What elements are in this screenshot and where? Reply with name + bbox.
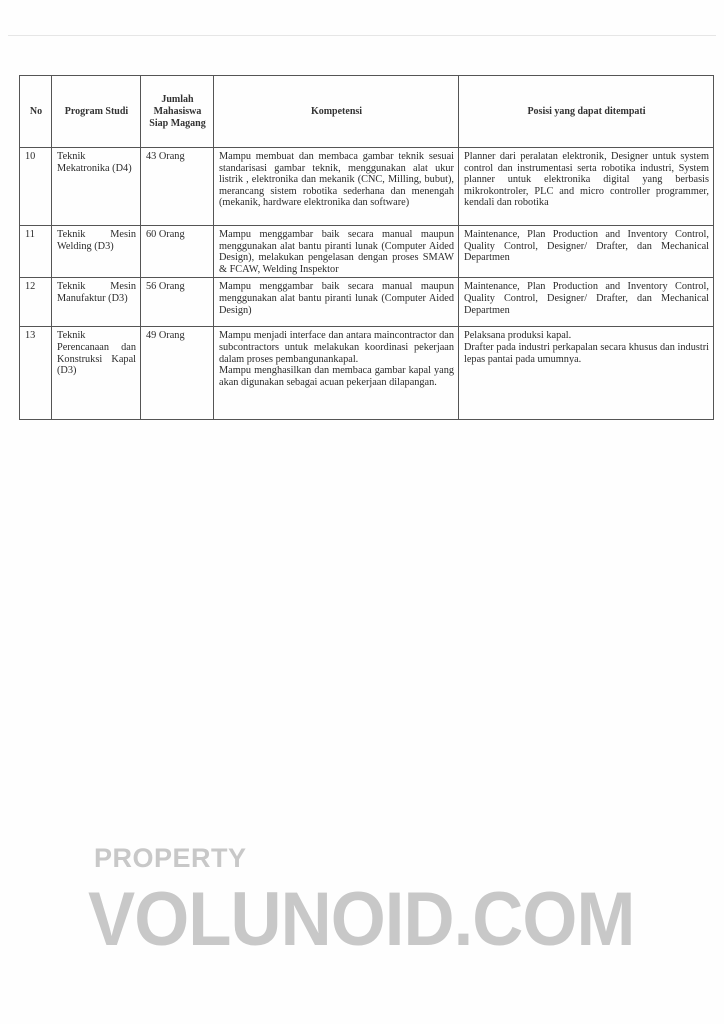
kompetensi-paragraph: Mampu menggambar baik secara manual maup… xyxy=(219,281,454,316)
cell-program-studi: Teknik Mesin Welding (D3) xyxy=(52,226,141,278)
cell-kompetensi: Mampu menjadi interface dan antara mainc… xyxy=(214,327,459,420)
cell-jumlah: 49 Orang xyxy=(141,327,214,420)
posisi-paragraph: Planner dari peralatan elektronik, Desig… xyxy=(464,151,709,209)
watermark-site: VOLUNOID.COM xyxy=(88,880,634,960)
kompetensi-paragraph: Mampu menjadi interface dan antara mainc… xyxy=(219,330,454,365)
posisi-paragraph: Maintenance, Plan Production and Invento… xyxy=(464,229,709,264)
cell-no: 13 xyxy=(20,327,52,420)
watermark-property: PROPERTY xyxy=(94,843,247,874)
table-row: 13Teknik Perencanaan dan Konstruksi Kapa… xyxy=(20,327,714,420)
cell-program-studi: Teknik Mesin Manufaktur (D3) xyxy=(52,278,141,327)
table-header-row: No Program Studi Jumlah Mahasiswa Siap M… xyxy=(20,76,714,148)
cell-jumlah: 56 Orang xyxy=(141,278,214,327)
posisi-paragraph: Drafter pada industri perkapalan secara … xyxy=(464,342,709,365)
page-top-rule xyxy=(8,35,716,36)
cell-kompetensi: Mampu menggambar baik secara manual maup… xyxy=(214,226,459,278)
table-row: 12Teknik Mesin Manufaktur (D3)56 OrangMa… xyxy=(20,278,714,327)
header-kompetensi: Kompetensi xyxy=(214,76,459,148)
cell-no: 10 xyxy=(20,148,52,226)
cell-posisi: Maintenance, Plan Production and Invento… xyxy=(459,278,714,327)
cell-kompetensi: Mampu menggambar baik secara manual maup… xyxy=(214,278,459,327)
header-jumlah-mahasiswa: Jumlah Mahasiswa Siap Magang xyxy=(141,76,214,148)
header-posisi: Posisi yang dapat ditempati xyxy=(459,76,714,148)
kompetensi-paragraph: Mampu membuat dan membaca gambar teknik … xyxy=(219,151,454,209)
table-row: 10Teknik Mekatronika (D4)43 OrangMampu m… xyxy=(20,148,714,226)
table-row: 11Teknik Mesin Welding (D3)60 OrangMampu… xyxy=(20,226,714,278)
cell-kompetensi: Mampu membuat dan membaca gambar teknik … xyxy=(214,148,459,226)
cell-jumlah: 43 Orang xyxy=(141,148,214,226)
header-no: No xyxy=(20,76,52,148)
header-program-studi: Program Studi xyxy=(52,76,141,148)
posisi-paragraph: Maintenance, Plan Production and Invento… xyxy=(464,281,709,316)
cell-program-studi: Teknik Mekatronika (D4) xyxy=(52,148,141,226)
kompetensi-paragraph: Mampu menggambar baik secara manual maup… xyxy=(219,229,454,275)
cell-posisi: Planner dari peralatan elektronik, Desig… xyxy=(459,148,714,226)
cell-posisi: Maintenance, Plan Production and Invento… xyxy=(459,226,714,278)
cell-posisi: Pelaksana produksi kapal.Drafter pada in… xyxy=(459,327,714,420)
internship-program-table: No Program Studi Jumlah Mahasiswa Siap M… xyxy=(19,75,714,420)
cell-no: 11 xyxy=(20,226,52,278)
cell-jumlah: 60 Orang xyxy=(141,226,214,278)
cell-program-studi: Teknik Perencanaan dan Konstruksi Kapal … xyxy=(52,327,141,420)
kompetensi-paragraph: Mampu menghasilkan dan membaca gambar ka… xyxy=(219,365,454,388)
cell-no: 12 xyxy=(20,278,52,327)
posisi-paragraph: Pelaksana produksi kapal. xyxy=(464,330,709,342)
